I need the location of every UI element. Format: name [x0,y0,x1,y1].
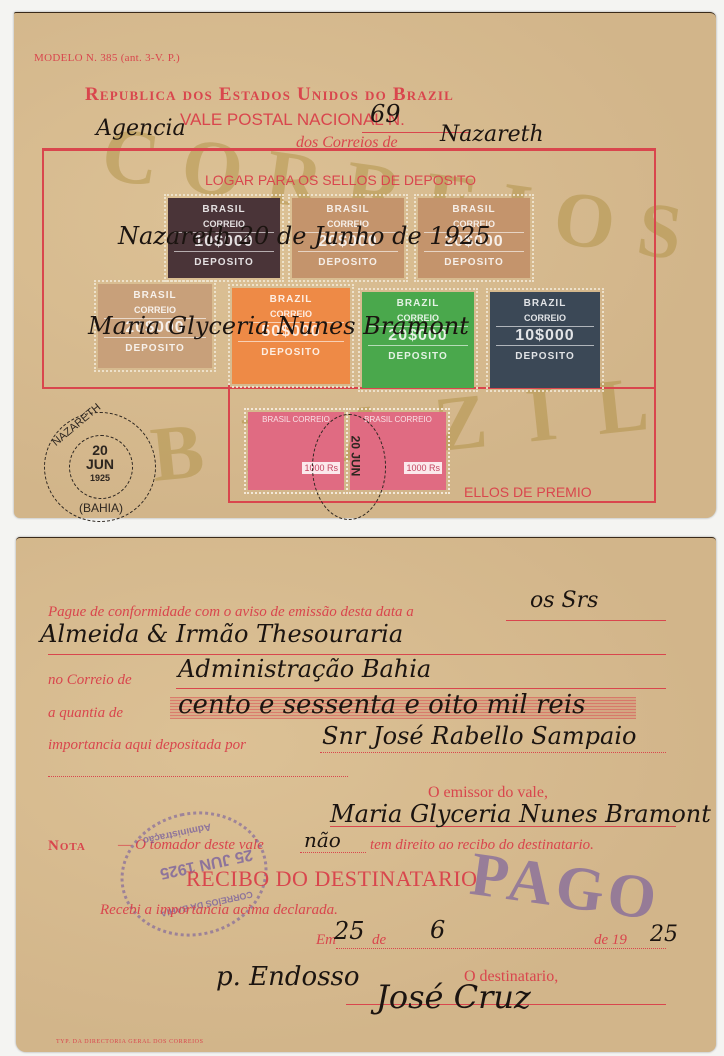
receipt-day: 25 [334,917,365,945]
handwritten-sender-name: Maria Glyceria Nunes Bramont [88,312,469,340]
deposit-stamps-label: LOGAR PARA OS SELLOS DE DEPOSITO [205,172,476,188]
deposit-stamp: BRAZILCORREIO10$000DEPOSITO [490,292,600,388]
deposit-stamp: BRAZILCORREIO20$000DEPOSITO [362,292,474,388]
depositor-rule [320,752,666,753]
amount-handwritten: cento e sessenta e oito mil reis [178,690,585,720]
nota-handwritten: não [304,828,341,852]
model-number: MODELO N. 385 (ant. 3-V. P.) [34,52,180,64]
correio-rule [176,688,666,689]
pague-handwritten: os Srs [530,588,598,613]
nazareth-postmark: NAZARETH 20 JUN 1925 (BAHIA) [44,412,156,522]
pague-label: Pague de conformidade com o aviso de emi… [48,604,414,621]
vale-number: 69 [370,100,401,128]
city-handwritten: Nazareth [440,122,544,147]
handwritten-date: Nazareth 20 de Junho de 1925 [118,222,490,250]
nota-rule [300,852,366,853]
depositor-handwritten: Snr José Rabello Sampaio [322,722,636,750]
receipt-month: 6 [430,916,445,944]
recibo-title: RECIBO DO DESTINATARIO [186,866,478,892]
recipient-signature: José Cruz [376,978,531,1016]
quantia-label: a quantia de [48,705,123,722]
correio-handwritten: Administração Bahia [178,655,431,683]
nota-label: Nota [48,838,86,855]
no-correio-label: no Correio de [48,672,132,689]
stamp-cancel-postmark: 20 JUN [312,414,386,520]
postmark-date: 20 JUN 1925 [45,443,155,485]
emissor-signature: Maria Glyceria Nunes Bramont [330,800,711,828]
recebi-label: Recebi a importancia acima declarada. [100,902,338,919]
de-label: de [372,932,386,949]
endorsement-handwritten: p. Endosso [216,962,360,992]
blank-rule [48,776,348,777]
importancia-label: importancia aqui depositada por [48,737,246,754]
em-label: Em [316,932,336,949]
payee-handwritten: Almeida & Irmão Thesouraria [40,620,403,648]
printer-line: TYP. DA DIRECTORIA GERAL DOS CORREIOS [56,1039,204,1045]
de-year-label: de 19 [594,932,627,949]
premio-stamps-label: ELLOS DE PREMIO [464,484,592,500]
pague-rule [506,620,666,621]
agency-handwritten: Agencia [96,116,186,141]
